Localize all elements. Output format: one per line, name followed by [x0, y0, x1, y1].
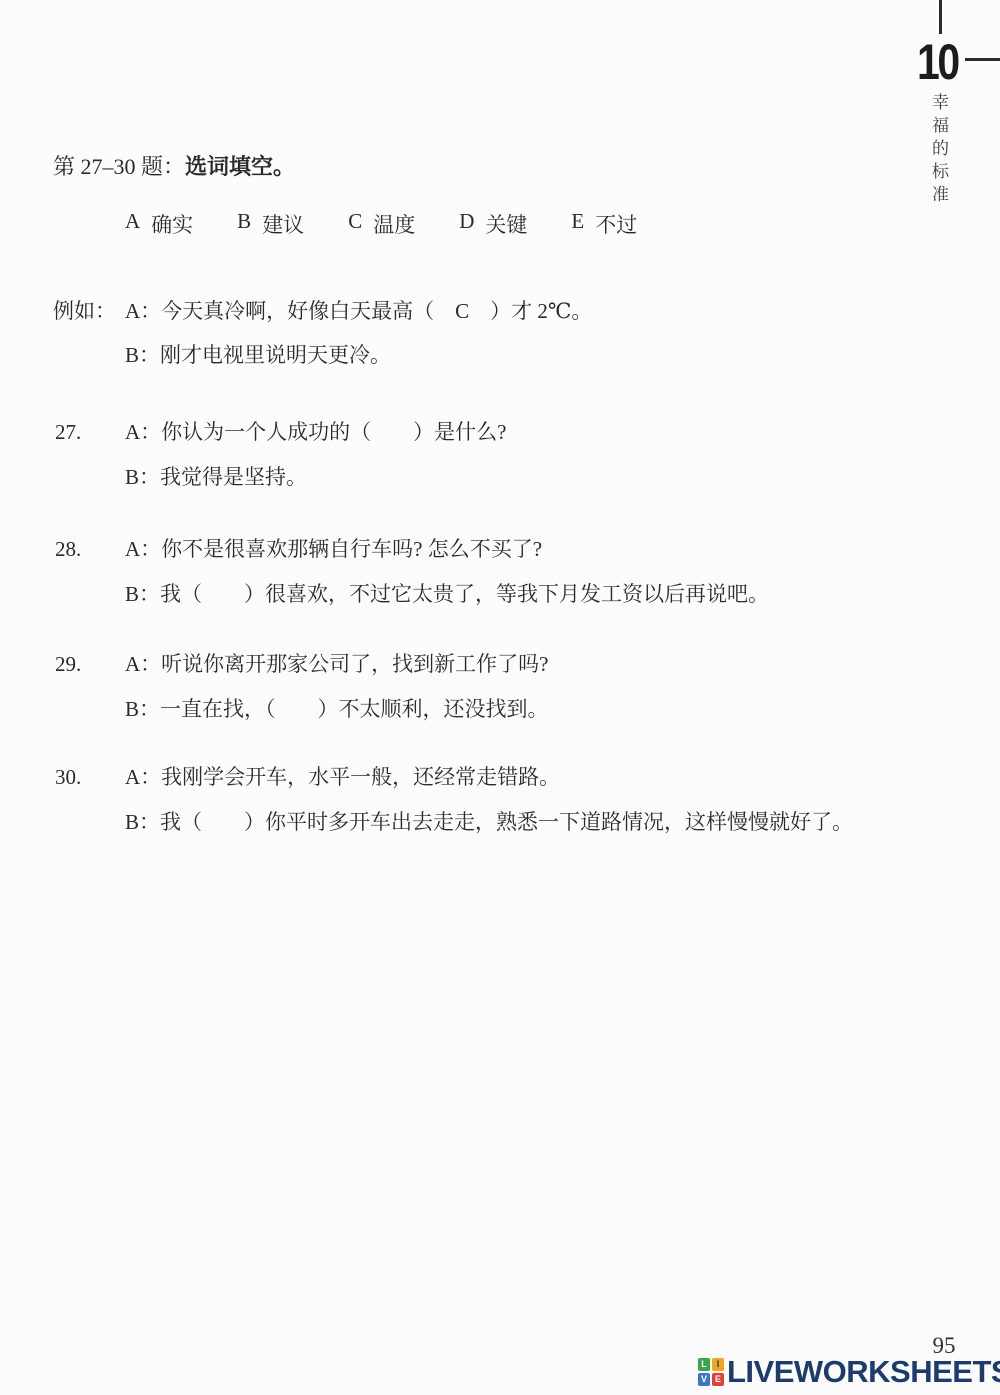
liveworksheets-logo-text: LIVEWORKSHEETS	[727, 1356, 1000, 1387]
liveworksheets-logo[interactable]: LIVE LIVEWORKSHEETS	[698, 1354, 1000, 1387]
word-bank-word: 确实	[151, 209, 193, 239]
liveworksheets-logo-icon: LIVE	[698, 1358, 724, 1386]
question-30-line-b: B：我（ ）你平时多开车出去走走，熟悉一下道路情况，这样慢慢就好了。	[125, 811, 853, 834]
question-30-number: 30.	[55, 766, 81, 789]
question-27-line-a: A：你认为一个人成功的（ ）是什么?	[125, 421, 507, 444]
word-bank-word: 关键	[485, 209, 527, 239]
chapter-tick-horizontal	[965, 58, 1000, 61]
word-bank-word: 不过	[595, 209, 637, 239]
chapter-title-vertical: 幸福的标准	[930, 93, 947, 208]
question-28-line-a: A：你不是很喜欢那辆自行车吗? 怎么不买了?	[125, 538, 542, 561]
section-title: 第 27–30 题：选词填空。	[53, 150, 295, 181]
example-line-a: A：今天真冷啊，好像白天最高（ C ）才 2℃。	[125, 300, 592, 323]
word-bank-word: 建议	[262, 209, 304, 239]
question-29-line-b: B：一直在找，（ ）不太顺利，还没找到。	[125, 698, 549, 721]
logo-tile-i: I	[712, 1358, 724, 1371]
question-28-number: 28.	[55, 538, 81, 561]
example-line-b: B：刚才电视里说明天更冷。	[125, 344, 391, 367]
chapter-number: 10	[917, 42, 958, 83]
question-27-number: 27.	[55, 421, 81, 444]
word-bank-letter: C	[348, 209, 362, 239]
chapter-tick-vertical	[939, 0, 942, 34]
logo-tile-v: V	[698, 1373, 710, 1386]
example-label: 例如：	[53, 300, 116, 323]
word-bank-item-d: D 关键	[459, 209, 527, 239]
section-title-emphasis: 选词填空。	[185, 154, 295, 179]
logo-tile-l: L	[698, 1358, 710, 1371]
worksheet-page: 10 幸福的标准 第 27–30 题：选词填空。 A 确实 B 建议 C 温度 …	[0, 0, 1000, 1395]
word-bank-letter: A	[125, 209, 140, 239]
word-bank-item-e: E 不过	[571, 209, 637, 239]
word-bank-item-c: C 温度	[348, 209, 415, 239]
word-bank-letter: B	[237, 209, 251, 239]
word-bank-item-a: A 确实	[125, 209, 193, 239]
question-29-number: 29.	[55, 653, 81, 676]
question-29-line-a: A：听说你离开那家公司了，找到新工作了吗?	[125, 653, 549, 676]
word-bank-item-b: B 建议	[237, 209, 304, 239]
section-title-prefix: 第 27–30 题：	[53, 154, 185, 179]
logo-tile-e: E	[712, 1373, 724, 1386]
word-bank-letter: E	[571, 209, 584, 239]
question-28-line-b: B：我（ ）很喜欢，不过它太贵了，等我下月发工资以后再说吧。	[125, 583, 769, 606]
word-bank: A 确实 B 建议 C 温度 D 关键 E 不过	[125, 209, 637, 239]
word-bank-word: 温度	[373, 209, 415, 239]
question-30-line-a: A：我刚学会开车，水平一般，还经常走错路。	[125, 766, 560, 789]
word-bank-letter: D	[459, 209, 474, 239]
question-27-line-b: B：我觉得是坚持。	[125, 466, 307, 489]
